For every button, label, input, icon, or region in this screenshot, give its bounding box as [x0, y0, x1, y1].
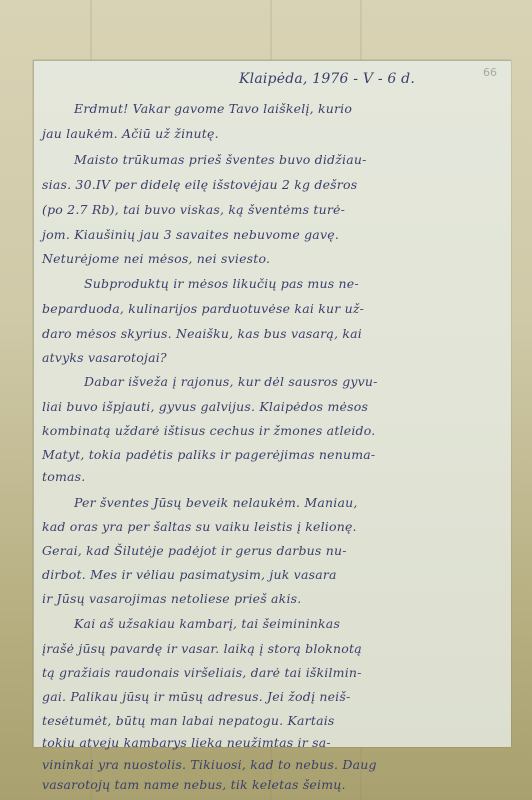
letter-line: tesėtumėt, būtų man labai nepatogu. Kart…	[42, 713, 501, 728]
letter-line: Neturėjome nei mėsos, nei sviesto.	[42, 251, 501, 266]
letter-line: Maisto trūkumas prieš šventes buvo didži…	[74, 152, 501, 167]
letter-line: dirbot. Mes ir vėliau pasimatysim, juk v…	[42, 567, 501, 582]
letter-line: jau laukėm. Ačiū už žinutę.	[42, 126, 501, 141]
letter-line: Dabar išveža į rajonus, kur dėl sausros …	[84, 374, 501, 389]
letter-line: tą gražiais raudonais viršeliais, darė t…	[42, 665, 501, 680]
place-date: Klaipėda, 1976 - V - 6 d.	[239, 71, 501, 87]
letter-line: tokiu atveju kambarys lieka neužimtas ir…	[42, 735, 501, 750]
letter-line: (po 2.7 Rb), tai buvo viskas, ką šventėm…	[42, 202, 501, 217]
letter-line: Subproduktų ir mėsos likučių pas mus ne-	[84, 276, 501, 291]
letter-line: įrašė jūsų pavardę ir vasar. laiką į sto…	[42, 641, 501, 656]
letter-line: vasarotojų tam name nebus, tik keletas š…	[42, 777, 501, 792]
letter-line: Kai aš užsakiau kambarį, tai šeimininkas	[74, 616, 501, 631]
letter-line: liai buvo išpjauti, gyvus galvijus. Klai…	[42, 399, 501, 414]
letter-line: sias. 30.IV per didelę eilę išstovėjau 2…	[42, 177, 501, 192]
letter-page: 66 Klaipėda, 1976 - V - 6 d. Erdmut! Vak…	[33, 60, 511, 747]
letter-line: Gerai, kad Šilutėje padėjot ir gerus dar…	[42, 543, 501, 558]
letter-line: Erdmut! Vakar gavome Tavo laiškelį, kuri…	[74, 101, 501, 116]
letter-line: vininkai yra nuostolis. Tikiuosi, kad to…	[42, 757, 501, 772]
letter-line: gai. Palikau jūsų ir mūsų adresus. Jei ž…	[42, 689, 501, 704]
letter-line: tomas.	[42, 469, 501, 484]
letter-line: Per šventes Jūsų beveik nelaukėm. Maniau…	[74, 495, 501, 510]
letter-line: atvyks vasarotojai?	[42, 350, 501, 365]
letter-line: jom. Kiaušinių jau 3 savaites nebuvome g…	[42, 227, 501, 242]
letter-line: daro mėsos skyrius. Neaišku, kas bus vas…	[42, 326, 501, 341]
letter-line: beparduoda, kulinarijos parduotuvėse kai…	[42, 301, 501, 316]
letter-line: Matyt, tokia padėtis paliks ir pagerėjim…	[42, 447, 501, 462]
letter-line: kad oras yra per šaltas su vaiku leistis…	[42, 519, 501, 534]
letter-line: ir Jūsų vasarojimas netoliese prieš akis…	[42, 591, 501, 606]
letter-line: kombinatą uždarė ištisus cechus ir žmone…	[42, 423, 501, 438]
